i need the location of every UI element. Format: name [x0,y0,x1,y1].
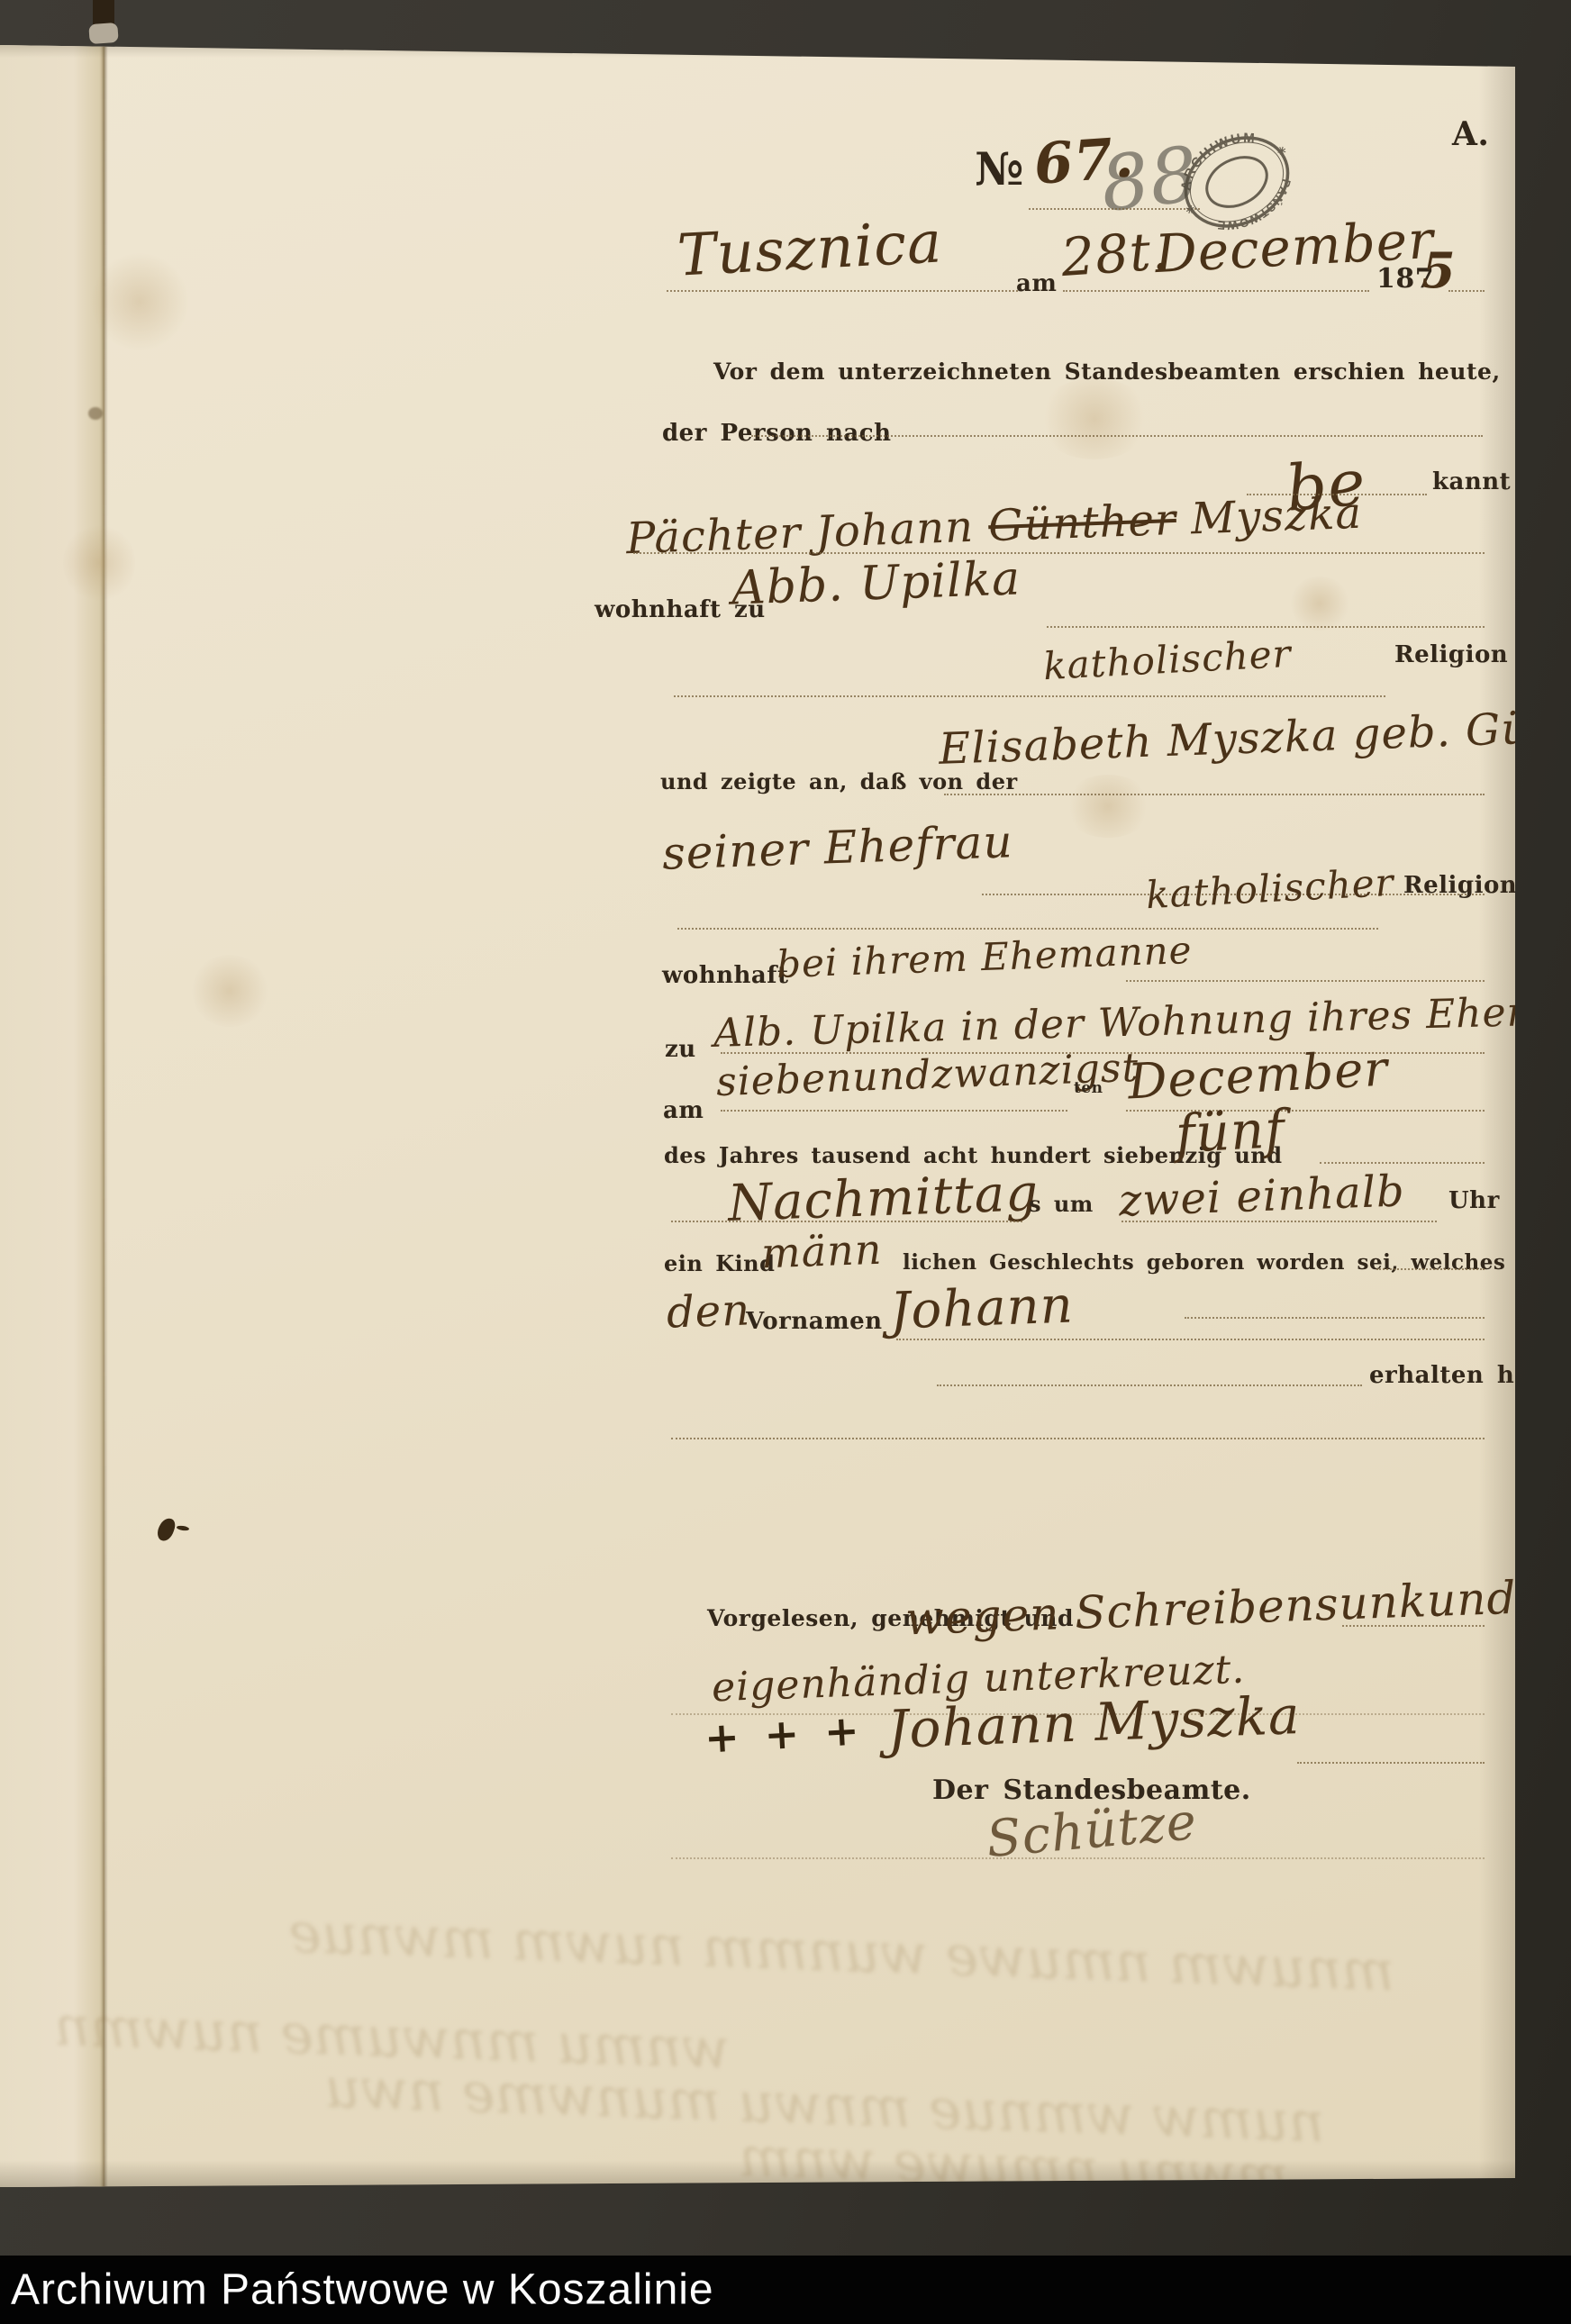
dotted-line [1320,1162,1485,1164]
dotted-line [1185,1317,1485,1319]
dotted-line [667,290,1018,292]
mother-wohnhaft-label: wohnhaft [662,962,788,989]
birth-kind-printed1: ein Kind [664,1250,775,1276]
mother-religion-value: katholischer [1145,860,1395,917]
mother-name: Elisabeth Myszka geb. Günther [938,699,1515,775]
ink-blot [177,1525,190,1531]
scanned-register-photo: { "colors":{"ink":"#4a3218","printed_ink… [0,0,1571,2324]
mother-religion-label: Religion [1403,872,1515,899]
dotted-line [751,435,1483,437]
binding-thread-wrap [88,23,118,44]
declarant-residence: Abb. Upilka [731,551,1022,615]
form-corner-letter: A. [1452,115,1489,153]
dotted-line [1121,1221,1437,1222]
bekannt-printed: kannt [1432,468,1511,495]
dotted-line [671,1857,1485,1859]
dotted-line [633,552,1485,554]
archive-caption-text: Archiwum Państwowe w Koszalinie [11,2265,714,2315]
dotted-line [896,1339,1485,1340]
dotted-line [944,794,1485,795]
declarant-signature: Johann Myszka [886,1684,1302,1760]
ink-blot [155,1516,177,1543]
birth-s-um: s um [1029,1191,1094,1217]
form-intro-line: Vor dem unterzeichneten Standesbeamten e… [713,359,1501,385]
paper-right-shadow [1479,0,1515,2189]
birth-geschlecht-script: männ [760,1225,883,1278]
stamp-star-right: ✳ [1275,143,1288,159]
signature-crosses: + + + [704,1705,866,1762]
document-page: A. № 67. 88 ARCHIWUM PAŃSTWOWE ✳ ✳ Tuszn… [0,0,1515,2189]
birth-time-script2: zwei einhalb [1118,1166,1405,1226]
dotted-line [1342,1625,1485,1627]
binding-crease [103,0,106,2189]
dotted-line [721,1110,1067,1112]
fox-spot [1036,378,1153,459]
binding-stitch [88,407,103,420]
dotted-line [1126,980,1485,982]
fox-spot [1063,775,1153,838]
birth-year-script: fünf [1174,1098,1286,1165]
dotted-line [677,928,1378,930]
mother-wohnort: bei ihrem Ehemanne [776,928,1193,986]
declarant-name-part2: Myszka [1190,488,1363,545]
child-forename: Johann [889,1275,1075,1340]
dotted-line [1376,1268,1485,1270]
paper-top-shadow [0,41,1515,58]
dotted-line [937,1384,1362,1386]
dotted-line [1047,626,1485,628]
declarant-struck-name: Günther [987,495,1177,551]
birth-uhr-label: Uhr [1448,1187,1500,1214]
erhalten-habe-label: erhalten habe [1369,1362,1515,1389]
archive-caption-bar: Archiwum Państwowe w Koszalinie [0,2256,1571,2324]
declarant-religion-value: katholischer [1042,631,1293,688]
declarant-religion-label: Religion [1394,641,1508,668]
dotted-line [671,1438,1485,1439]
mother-ehefrau: seiner Ehefrau [661,815,1013,880]
record-number-label: № [975,142,1024,195]
dotted-line [671,1221,1022,1222]
dotted-line [1063,290,1369,292]
fox-spot [189,955,270,1027]
bleedthrough-text: mnuwm nmuwe wunmm nuwm mwnue [287,1900,1395,2004]
registry-place: Tusznica [676,209,944,289]
vornamen-label: Vornamen [746,1308,883,1335]
dotted-line [674,695,1385,697]
left-page-edge [0,0,104,2189]
dotted-line [1448,290,1485,292]
date-am-label: am [1016,270,1057,297]
birth-ten-suffix: ten [1074,1079,1103,1097]
dotted-line [1297,1762,1485,1764]
wegen-script: wegen Schreibensunkunde [904,1571,1515,1646]
birth-am-label: am [663,1097,704,1124]
form-person-nach: der Person nach [662,420,891,447]
vornamen-den-script: den [666,1285,751,1338]
fox-spot [1288,576,1351,631]
birth-kind-printed2: lichen Geschlechts geboren worden sei, w… [903,1250,1505,1275]
birth-time-script1: Nachmittag [727,1164,1040,1233]
birth-zu-label: zu [665,1036,696,1063]
